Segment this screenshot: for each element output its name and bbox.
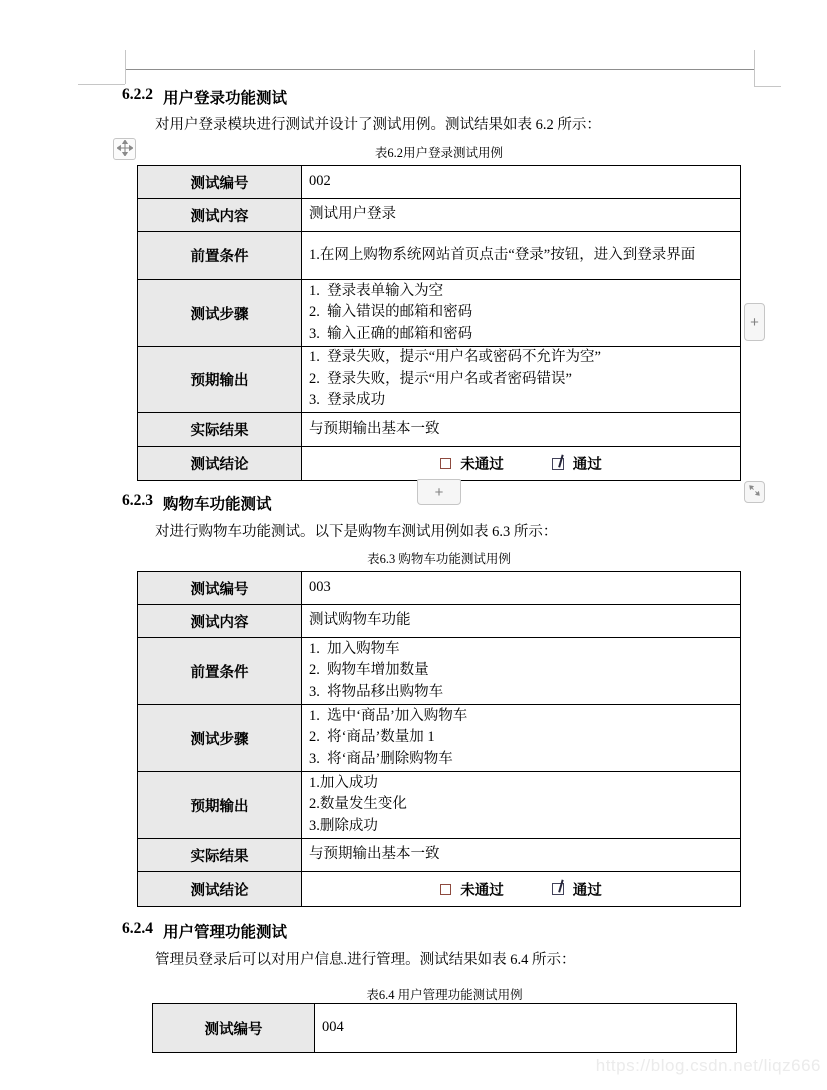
cell-line: 2. 输入错误的邮箱和密码	[309, 302, 733, 324]
row-header-cell: 前置条件	[138, 232, 302, 279]
section-number: 6.2.2	[122, 86, 153, 108]
table-row: 前置条件 1. 加入购物车 2. 购物车增加数量 3. 将物品移出购物车	[138, 638, 740, 705]
row-header-cell: 测试编号	[153, 1004, 315, 1052]
cell-line: 与预期输出基本一致	[309, 419, 733, 441]
test-case-table-63: 测试编号 003 测试内容 测试购物车功能 前置条件 1. 加入购物车 2. 购…	[137, 571, 741, 907]
conclusion-pass-label: 通过	[573, 879, 602, 900]
table-row: 测试步骤 1. 登录表单输入为空 2. 输入错误的邮箱和密码 3. 输入正确的邮…	[138, 280, 740, 347]
section-title: 用户管理功能测试	[163, 920, 287, 942]
table-row: 测试步骤 1. 选中‘商品’加入购物车 2. 将‘商品’数量加 1 3. 将‘商…	[138, 705, 740, 772]
plus-icon: +	[435, 485, 444, 500]
conclusion-fail-option: 未通过	[440, 453, 504, 474]
row-header-cell: 测试结论	[138, 872, 302, 906]
table-row: 测试结论 未通过 通过	[138, 447, 740, 480]
conclusion-pass-option: 通过	[552, 879, 602, 900]
page-boundary-left-step	[78, 84, 125, 85]
table-row: 测试编号 002	[138, 166, 740, 199]
row-value-cell: 与预期输出基本一致	[302, 413, 740, 446]
expand-icon	[748, 484, 761, 500]
table-caption-63: 表6.3 购物车功能测试用例	[137, 549, 741, 567]
row-header-cell: 测试内容	[138, 605, 302, 637]
conclusion-fail-label: 未通过	[460, 879, 504, 900]
row-header-cell: 实际结果	[138, 413, 302, 446]
section-heading-622: 6.2.2 用户登录功能测试	[122, 86, 287, 108]
cell-line: 004	[322, 1017, 729, 1039]
row-value-cell: 测试用户登录	[302, 199, 740, 231]
cell-line: 002	[309, 171, 733, 193]
row-value-cell: 测试购物车功能	[302, 605, 740, 637]
table-row: 预期输出 1. 登录失败，提示“用户名或密码不允许为空” 2. 登录失败，提示“…	[138, 347, 740, 413]
cell-line: 1. 选中‘商品’加入购物车	[309, 706, 733, 728]
add-row-button[interactable]: +	[417, 479, 461, 505]
cell-line: 1. 登录表单输入为空	[309, 281, 733, 303]
checkbox-checked[interactable]	[552, 883, 564, 895]
cell-line: 3. 输入正确的邮箱和密码	[309, 324, 733, 346]
document-page: 6.2.2 用户登录功能测试 对用户登录模块进行测试并设计了测试用例。测试结果如…	[0, 0, 827, 1090]
row-value-cell: 未通过 通过	[302, 872, 740, 906]
test-case-table-64: 测试编号 004	[152, 1003, 737, 1053]
cell-line: 003	[309, 577, 733, 599]
conclusion-fail-label: 未通过	[460, 453, 504, 474]
cell-line: 2.数量发生变化	[309, 794, 733, 816]
table-row: 实际结果 与预期输出基本一致	[138, 413, 740, 447]
cell-line: 2. 将‘商品’数量加 1	[309, 727, 733, 749]
row-value-cell: 1. 选中‘商品’加入购物车 2. 将‘商品’数量加 1 3. 将‘商品’删除购…	[302, 705, 740, 771]
table-caption-62: 表6.2用户登录测试用例	[137, 143, 741, 161]
cell-line: 1.在网上购物系统网站首页点击“登录”按钮，进入到登录界面	[309, 245, 733, 267]
row-value-cell: 002	[302, 166, 740, 198]
row-header-cell: 预期输出	[138, 772, 302, 838]
row-header-cell: 测试结论	[138, 447, 302, 480]
section-intro-622: 对用户登录模块进行测试并设计了测试用例。测试结果如表 6.2 所示：	[155, 113, 601, 134]
table-row: 预期输出 1.加入成功 2.数量发生变化 3.删除成功	[138, 772, 740, 839]
page-boundary-right-step	[754, 86, 781, 87]
table-move-handle[interactable]	[113, 138, 136, 160]
row-header-cell: 测试内容	[138, 199, 302, 231]
section-title: 用户登录功能测试	[163, 86, 287, 108]
checkbox-unchecked[interactable]	[440, 458, 451, 469]
table-row: 测试编号 003	[138, 572, 740, 605]
table-caption-64: 表6.4 用户管理功能测试用例	[152, 985, 737, 1003]
row-header-cell: 测试步骤	[138, 280, 302, 346]
row-value-cell: 与预期输出基本一致	[302, 839, 740, 871]
cell-line: 1. 加入购物车	[309, 639, 733, 661]
section-heading-623: 6.2.3 购物车功能测试	[122, 492, 272, 514]
section-intro-623: 对进行购物车功能测试。以下是购物车测试用例如表 6.3 所示：	[155, 520, 557, 541]
checkbox-checked[interactable]	[552, 458, 564, 470]
cell-line: 2. 登录失败，提示“用户名或者密码错误”	[309, 369, 733, 391]
cell-line: 3. 将物品移出购物车	[309, 682, 733, 704]
cell-line: 3. 将‘商品’删除购物车	[309, 749, 733, 771]
row-header-cell: 预期输出	[138, 347, 302, 412]
row-value-cell: 1. 加入购物车 2. 购物车增加数量 3. 将物品移出购物车	[302, 638, 740, 704]
conclusion-fail-option: 未通过	[440, 879, 504, 900]
row-value-cell: 1.加入成功 2.数量发生变化 3.删除成功	[302, 772, 740, 838]
section-title: 购物车功能测试	[163, 492, 272, 514]
conclusion-pass-option: 通过	[552, 453, 602, 474]
page-boundary-left-tick	[125, 50, 126, 84]
watermark-text: https://blog.csdn.net/liqz666	[596, 1056, 821, 1076]
checkbox-unchecked[interactable]	[440, 884, 451, 895]
table-row: 测试编号 004	[153, 1004, 736, 1052]
cell-line: 测试用户登录	[309, 204, 733, 226]
cell-line: 3.删除成功	[309, 816, 733, 838]
expand-table-button[interactable]	[744, 481, 765, 503]
row-value-cell: 1. 登录表单输入为空 2. 输入错误的邮箱和密码 3. 输入正确的邮箱和密码	[302, 280, 740, 346]
page-header-boundary-line	[125, 69, 754, 70]
page-boundary-right-tick	[754, 50, 755, 87]
cell-line: 测试购物车功能	[309, 610, 733, 632]
row-header-cell: 测试编号	[138, 166, 302, 198]
table-row: 测试内容 测试用户登录	[138, 199, 740, 232]
table-row: 前置条件 1.在网上购物系统网站首页点击“登录”按钮，进入到登录界面	[138, 232, 740, 280]
section-heading-624: 6.2.4 用户管理功能测试	[122, 920, 287, 942]
section-number: 6.2.4	[122, 920, 153, 942]
cell-line: 1.加入成功	[309, 773, 733, 795]
move-icon	[117, 140, 133, 159]
section-intro-624: 管理员登录后可以对用户信息.进行管理。测试结果如表 6.4 所示：	[155, 948, 576, 969]
conclusion-pass-label: 通过	[573, 453, 602, 474]
cell-line: 1. 登录失败，提示“用户名或密码不允许为空”	[309, 347, 733, 369]
row-value-cell: 1.在网上购物系统网站首页点击“登录”按钮，进入到登录界面	[302, 232, 740, 279]
row-value-cell: 003	[302, 572, 740, 604]
row-header-cell: 实际结果	[138, 839, 302, 871]
section-number: 6.2.3	[122, 492, 153, 514]
row-header-cell: 测试编号	[138, 572, 302, 604]
row-value-cell: 未通过 通过	[302, 447, 740, 480]
cell-line: 2. 购物车增加数量	[309, 660, 733, 682]
cell-line: 与预期输出基本一致	[309, 844, 733, 866]
test-case-table-62: 测试编号 002 测试内容 测试用户登录 前置条件 1.在网上购物系统网站首页点…	[137, 165, 741, 481]
row-header-cell: 前置条件	[138, 638, 302, 704]
table-row: 测试内容 测试购物车功能	[138, 605, 740, 638]
row-header-cell: 测试步骤	[138, 705, 302, 771]
add-column-button[interactable]: +	[744, 303, 765, 341]
table-row: 测试结论 未通过 通过	[138, 872, 740, 906]
cell-line: 3. 登录成功	[309, 390, 733, 412]
table-row: 实际结果 与预期输出基本一致	[138, 839, 740, 872]
plus-icon: +	[750, 315, 759, 330]
row-value-cell: 004	[315, 1004, 736, 1052]
row-value-cell: 1. 登录失败，提示“用户名或密码不允许为空” 2. 登录失败，提示“用户名或者…	[302, 347, 740, 412]
